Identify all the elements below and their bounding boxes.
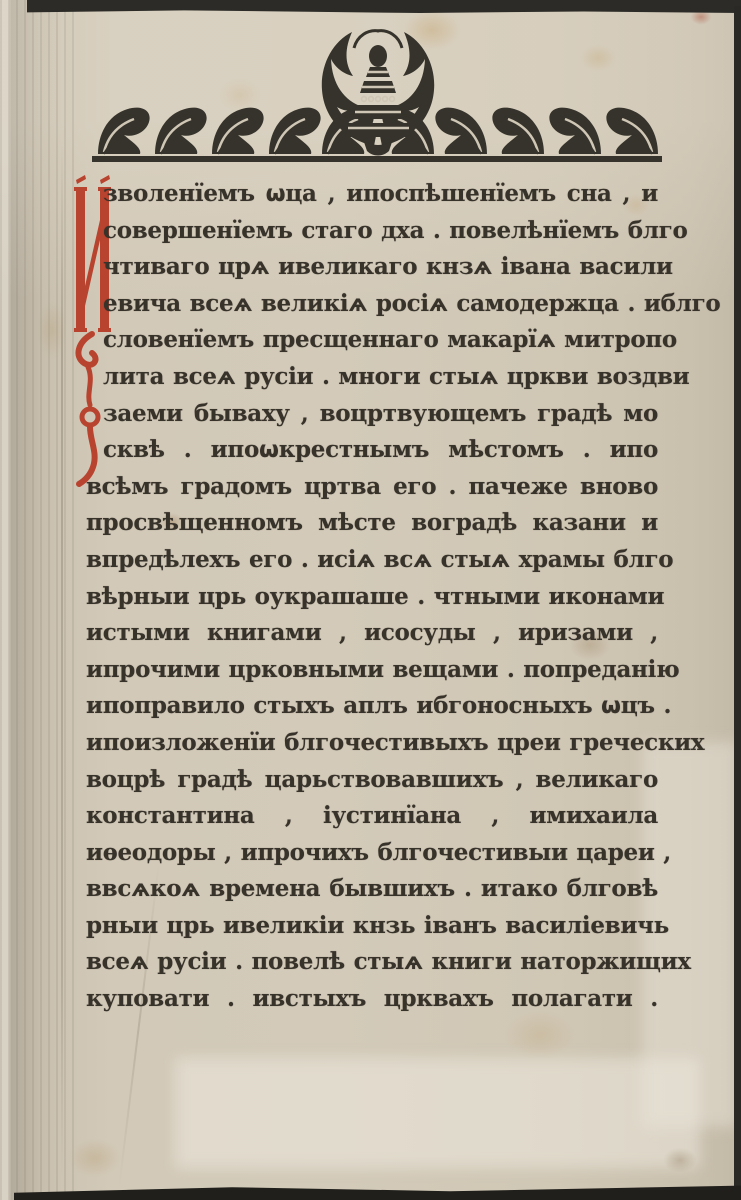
text-line: просвѣщенномъ мѣсте воградѣ казани и	[86, 505, 658, 542]
headpiece-ornament-icon	[92, 26, 664, 166]
text-line: иѳеодоры , ипрочихъ блгочестивыи цареи ,	[86, 835, 658, 872]
scan-edge-bottom	[14, 1184, 741, 1200]
text-line: евича всеѧ великіѧ росіѧ самодержца . иб…	[86, 286, 658, 323]
text-line: всеѧ русіи . повелѣ стыѧ книги наторжищи…	[86, 944, 658, 981]
text-line: заеми бываху , воцртвующемъ градѣ мо	[86, 396, 658, 433]
scan-edge-top	[27, 0, 741, 13]
text-line: рныи црь ивеликіи кнзь іванъ василіевичь	[86, 908, 658, 945]
text-block: зволенїемъ ѡца , ипоспѣшенїемъ сна , и с…	[86, 176, 658, 1018]
text-line: вѣрныи црь оукрашаше . чтными иконами	[86, 579, 658, 616]
book-page: зволенїемъ ѡца , ипоспѣшенїемъ сна , и с…	[0, 0, 741, 1200]
text-line: совершенїемъ стаго дха . повелѣнїемъ блг…	[86, 213, 658, 250]
text-line: константина , іустинїана , имихаила	[86, 798, 658, 835]
text-line: куповати . ивстыхъ црквахъ полагати .	[86, 981, 658, 1018]
scan-edge-right	[734, 6, 741, 1200]
text-line: словенїемъ пресщеннаго макарїѧ митропо	[86, 322, 658, 359]
text-line: ипрочими црковными вещами . попреданію	[86, 652, 658, 689]
text-line: чтиваго црѧ ивеликаго кнзѧ івана васили	[86, 249, 658, 286]
page-fold-crease	[61, 140, 63, 1180]
text-line: истыми книгами , исосуды , иризами ,	[86, 615, 658, 652]
paper-repair-patch	[175, 1058, 700, 1168]
text-line: впредѣлехъ его . исіѧ всѧ стыѧ храмы блг…	[86, 542, 658, 579]
text-line: зволенїемъ ѡца , ипоспѣшенїемъ сна , и	[86, 176, 658, 213]
text-line: всѣмъ градомъ цртва его . пачеже вново	[86, 469, 658, 506]
text-line: ипоизложенїи блгочестивыхъ цреи гречески…	[86, 725, 658, 762]
text-line: ввсѧкоѧ времена бывшихъ . итако блговѣ	[86, 871, 658, 908]
text-line: сквѣ . ипоѡкрестнымъ мѣстомъ . ипо	[86, 432, 658, 469]
text-line: воцрѣ градѣ царьствовавшихъ , великаго	[86, 762, 658, 799]
text-line: лита всеѧ русіи . многи стыѧ цркви воздв…	[86, 359, 658, 396]
text-line: ипоправило стыхъ аплъ ибгоносныхъ ѡцъ .	[86, 688, 658, 725]
